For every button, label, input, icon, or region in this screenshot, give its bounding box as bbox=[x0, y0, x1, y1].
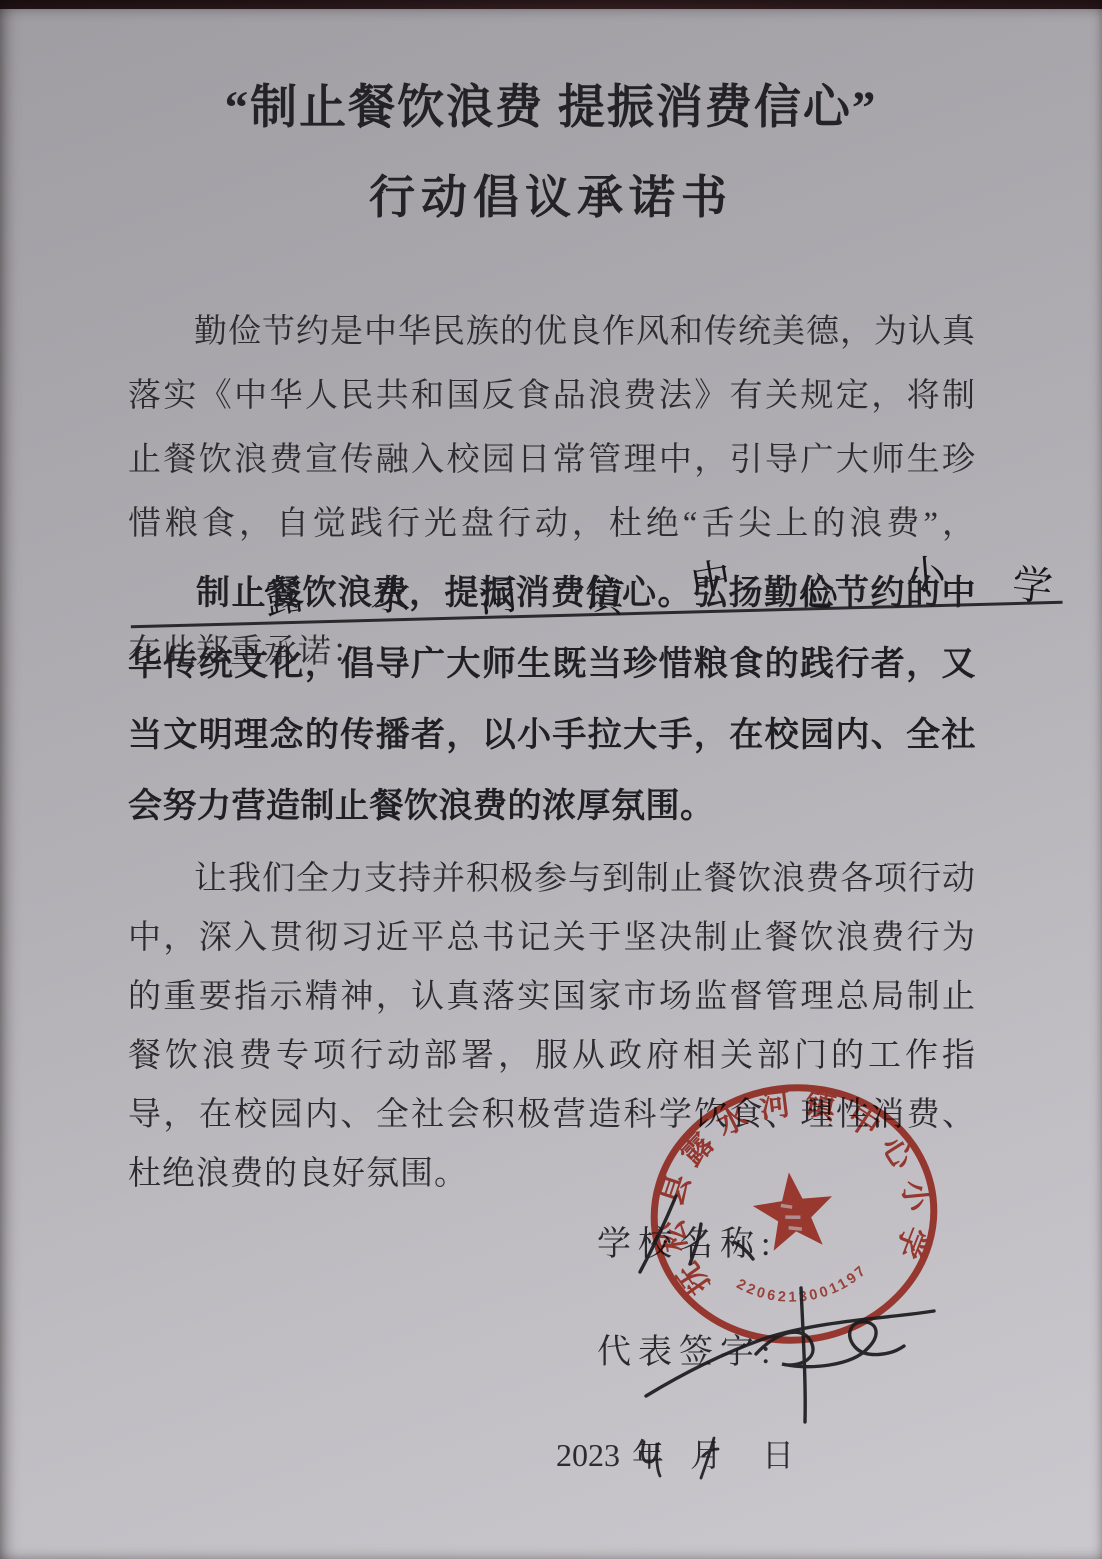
representative-signature-label: 代表签字: bbox=[597, 1324, 777, 1373]
seal-star-inner-marks bbox=[781, 1203, 802, 1231]
paragraph-2: 制止餐饮浪费，提振消费信心。弘扬勤俭节约的中华传统文化，倡导广大师生既当珍惜粮食… bbox=[128, 558, 976, 842]
paragraph-1-text: 勤俭节约是中华民族的优良作风和传统美德，为认真落实《中华人民共和国反食品浪费法》… bbox=[128, 314, 976, 542]
seal-code: 2206213001197 bbox=[732, 1261, 874, 1314]
school-name-label: 学校名称: bbox=[597, 1216, 777, 1265]
document-title: “制止餐饮浪费 提振消费信心” bbox=[0, 70, 1102, 137]
date-year-unit: 年 bbox=[632, 1437, 664, 1473]
svg-text:2206213001197: 2206213001197 bbox=[732, 1261, 874, 1314]
document-photo: “制止餐饮浪费 提振消费信心” 行动倡议承诺书 勤俭节约是中华民族的优良作风和传… bbox=[0, 0, 1102, 1559]
date-day-unit: 日 bbox=[762, 1437, 794, 1473]
date-month-unit: 月 bbox=[690, 1437, 722, 1473]
document-subtitle: 行动倡议承诺书 bbox=[0, 161, 1102, 227]
signature-vertical-stroke bbox=[801, 1288, 805, 1422]
date-line: 2023年月日 bbox=[556, 1430, 794, 1476]
date-year: 2023 bbox=[556, 1437, 620, 1473]
paragraph-3: 让我们全力支持并积极参与到制止餐饮浪费各项行动中，深入贯彻习近平总书记关于坚决制… bbox=[128, 850, 976, 1204]
signature-loops-stroke bbox=[756, 1322, 904, 1367]
photo-top-edge bbox=[0, 0, 1102, 9]
